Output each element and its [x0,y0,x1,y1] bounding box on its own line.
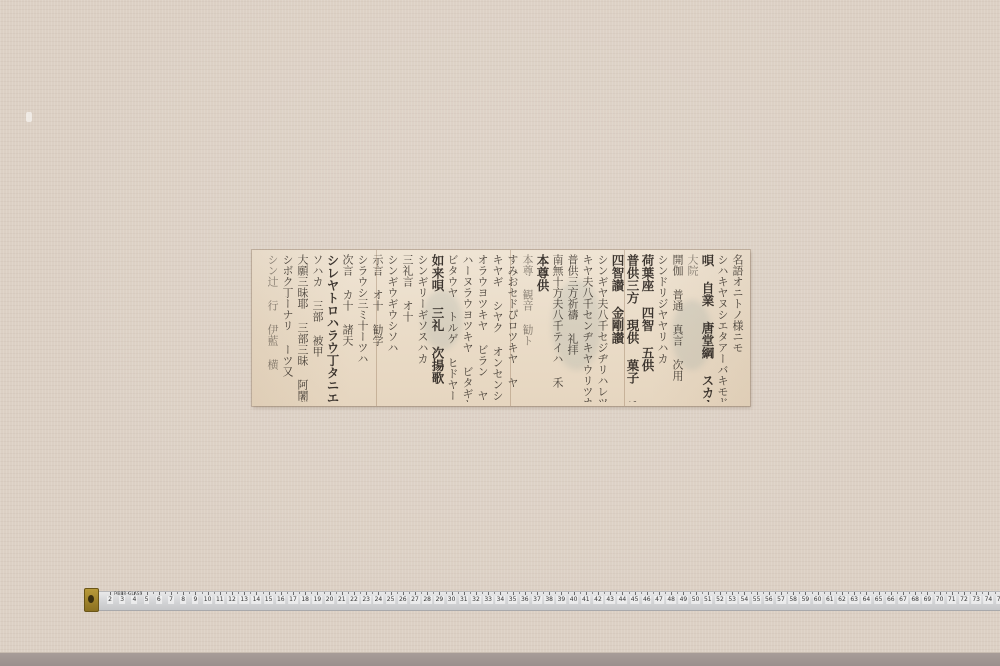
tape-minor-tick [336,592,337,594]
tape-cm-label: 46 [642,596,652,604]
tape-cm-label: 12 [227,596,237,604]
text-column: シラウシ三ミ十ーツハ [354,254,369,402]
tape-minor-tick [226,592,227,594]
text-column: キヤギ シヤク オンセンシヨウ本 [489,254,504,402]
tape-cm-label: 6 [156,596,162,604]
tape-tick [574,592,575,595]
tape-cm-label: 43 [605,596,615,604]
tape-minor-tick [409,592,410,594]
table-edge [0,652,1000,666]
tape-minor-tick [287,592,288,594]
text-column: シンギウギウシソハ [384,254,399,402]
text-column: 次言 カ十 諸天 [339,254,354,402]
tape-minor-tick [629,592,630,594]
tape-tick [854,592,855,595]
tape-cm-label: 70 [935,596,945,604]
tape-tick [708,592,709,595]
tape-minor-tick [458,592,459,594]
tape-minor-tick [519,592,520,594]
tape-tick [525,592,526,595]
text-column: シンギリーギソスハカ [414,254,429,402]
tape-minor-tick [909,592,910,594]
text-column: シンドリジヤヤリハカ [654,254,669,402]
tape-tick [866,592,867,595]
tape-cm-label: 34 [496,596,506,604]
text-column: オラウヨツキヤ ビラン ヤラウヨ [474,254,489,402]
tape-minor-tick [433,592,434,594]
tape-tick [439,592,440,595]
tape-tick [269,592,270,595]
tape-minor-tick [763,592,764,594]
tape-tick [720,592,721,595]
tape-cm-label: 42 [593,596,603,604]
tape-tick [622,592,623,595]
tape-cm-label: 8 [180,596,186,604]
tape-cm-label: 10 [203,596,213,604]
tape-cm-label: 74 [984,596,994,604]
tape-cm-label: 24 [374,596,384,604]
tape-minor-tick [543,592,544,594]
tape-tick [366,592,367,595]
text-column: シハキヤヌシエタアーバキモドキウ [714,254,729,402]
tape-cm-label: 56 [764,596,774,604]
text-column: 四智讃 金剛讃 [609,254,624,402]
tape-tick [232,592,233,595]
tape-tick [549,592,550,595]
tape-cm-label: 27 [410,596,420,604]
tape-minor-tick [421,592,422,594]
tape-cm-label: 21 [337,596,347,604]
tape-cm-label: 67 [898,596,908,604]
tape-tick [805,592,806,595]
tape-cm-label: 17 [288,596,298,604]
tape-cm-label: 69 [923,596,933,604]
tape-minor-tick [921,592,922,594]
tape-tick [818,592,819,595]
tape-minor-tick [836,592,837,594]
tape-cm-label: 29 [435,596,445,604]
tape-minor-tick [860,592,861,594]
tape-minor-tick [958,592,959,594]
tape-tick [903,592,904,595]
text-column: 唄 自業 唐堂綱 スカカ [699,254,714,402]
tape-minor-tick [848,592,849,594]
tape-tick [940,592,941,595]
tape-cm-label: 20 [325,596,335,604]
tape-minor-tick [995,592,996,594]
tape-cm-label: 49 [679,596,689,604]
tape-minor-tick [348,592,349,594]
tape-tick [952,592,953,595]
tape-minor-tick [507,592,508,594]
tape-cm-label: 39 [557,596,567,604]
tape-minor-tick [897,592,898,594]
tape-tick [220,592,221,595]
tape-minor-tick [263,592,264,594]
tape-minor-tick [568,592,569,594]
tape-cm-label: 28 [422,596,432,604]
text-column: 名語オニトノ様ニモ [729,254,744,402]
tape-cm-label: 15 [264,596,274,604]
tape-tick [147,592,148,595]
tape-cm-label: 63 [849,596,859,604]
tape-tick [598,592,599,595]
tape-minor-tick [982,592,983,594]
tape-cm-label: 25 [386,596,396,604]
measuring-tape: 2345678910111213141516171819202122232425… [84,591,1000,611]
tape-tick [305,592,306,595]
tape-cm-label: 72 [959,596,969,604]
tape-minor-tick [787,592,788,594]
tape-cm-label: 13 [239,596,249,604]
tape-tick [964,592,965,595]
tape-cm-label: 19 [313,596,323,604]
tape-minor-tick [738,592,739,594]
tape-minor-tick [946,592,947,594]
tape-minor-tick [726,592,727,594]
tape-cm-label: 71 [947,596,957,604]
tape-minor-tick [824,592,825,594]
tape-tick [391,592,392,595]
tape-tick [879,592,880,595]
text-column: 普供三方祈禱 礼拝 [564,254,579,402]
tape-cm-label: 73 [971,596,981,604]
tape-cm-label: 11 [215,596,225,604]
tape-minor-tick [165,592,166,594]
tape-minor-tick [397,592,398,594]
tape-tick [915,592,916,595]
tape-cm-label: 48 [666,596,676,604]
text-column: 本尊供 [534,254,549,402]
text-column: 本尊 観音 勧ト [519,254,534,402]
tape-tick [537,592,538,595]
tape-cm-label: 45 [630,596,640,604]
tape-tick [452,592,453,595]
tape-minor-tick [555,592,556,594]
tape-tick [244,592,245,595]
tape-cm-label: 68 [910,596,920,604]
tape-minor-tick [970,592,971,594]
tape-cm-label: 57 [776,596,786,604]
text-column: 示言 オ十 勧学 [369,254,384,402]
text-column: 三礼言 オ十 [399,254,414,402]
tape-tick [744,592,745,595]
text-column: シン辻 行 伊藍 横 [264,254,279,402]
tape-tick [171,592,172,595]
tape-cm-label: 30 [447,596,457,604]
tape-tick [354,592,355,595]
tape-tick [561,592,562,595]
text-column: 開伽 普通 真言 次用 [669,254,684,402]
tape-cm-label: 35 [508,596,518,604]
tape-scale: 2345678910111213141516171819202122232425… [84,592,1000,610]
tape-minor-tick [690,592,691,594]
tape-minor-tick [702,592,703,594]
text-columns: 名語オニトノ様ニモシハキヤヌシエタアーバキモドキウ唄 自業 唐堂綱 スカカ大院開… [258,254,744,402]
tape-minor-tick [665,592,666,594]
tape-cm-label: 18 [300,596,310,604]
tape-cm-label: 52 [715,596,725,604]
tape-minor-tick [372,592,373,594]
tape-tick [830,592,831,595]
tape-minor-tick [153,592,154,594]
text-column: 荷葉座 四智 五供 [639,254,654,402]
tape-cm-label: 38 [544,596,554,604]
tape-cm-label: 75 [996,596,1000,604]
tape-minor-tick [360,592,361,594]
handwritten-document: 名語オニトノ様ニモシハキヤヌシエタアーバキモドキウ唄 自業 唐堂綱 スカカ大院開… [252,250,750,406]
tape-tick [476,592,477,595]
text-column: 南無十方夫八千テイハ 禾 [549,254,564,402]
tape-cm-label: 59 [801,596,811,604]
tape-end-hook [84,588,99,612]
text-column: キヤ夫八千センヂキヤウリツカ [579,254,594,402]
tape-tick [988,592,989,595]
tape-tick [342,592,343,595]
tape-cm-label: 54 [740,596,750,604]
tape-tick [769,592,770,595]
tape-cm-label: 65 [874,596,884,604]
tape-brand-label: FIBER-GLASS [114,591,142,596]
tape-minor-tick [470,592,471,594]
text-column: 普供三方 現供 菓子 スシ 両剣 [624,254,639,402]
tape-minor-tick [531,592,532,594]
tape-cm-label: 2 [107,596,113,604]
tape-cm-label: 33 [483,596,493,604]
tape-tick [208,592,209,595]
tape-tick [378,592,379,595]
tape-cm-label: 7 [168,596,174,604]
tape-tick [415,592,416,595]
tape-tick [793,592,794,595]
tape-cm-label: 9 [192,596,198,604]
tape-tick [635,592,636,595]
tape-tick [513,592,514,595]
tape-minor-tick [494,592,495,594]
text-column: 如来唄 三礼 次揚歌 [429,254,444,402]
tape-cm-label: 60 [813,596,823,604]
tape-cm-label: 31 [459,596,469,604]
tape-minor-tick [812,592,813,594]
tape-tick [195,592,196,595]
tape-cm-label: 53 [727,596,737,604]
tape-cm-label: 32 [471,596,481,604]
tape-tick [183,592,184,595]
tape-tick [659,592,660,595]
text-column: シボク丁ーナリ ーツ又 [279,254,294,402]
tape-tick [976,592,977,595]
tape-minor-tick [751,592,752,594]
tape-cm-label: 26 [398,596,408,604]
tape-tick [586,592,587,595]
tape-cm-label: 64 [862,596,872,604]
tape-cm-label: 36 [520,596,530,604]
tape-minor-tick [616,592,617,594]
tape-minor-tick [592,592,593,594]
tape-cm-label: 14 [252,596,262,604]
tape-tick [110,592,111,595]
tape-tick [683,592,684,595]
tape-minor-tick [385,592,386,594]
text-column: 大院 [684,254,699,402]
tape-tick [293,592,294,595]
tape-tick [781,592,782,595]
text-column: ハーヌラウヨツキヤ ビタギトレッチ [459,254,474,402]
tape-tick [464,592,465,595]
tape-cm-label: 22 [349,596,359,604]
tape-minor-tick [653,592,654,594]
tape-cm-label: 40 [569,596,579,604]
tape-tick [256,592,257,595]
tape-cm-label: 47 [654,596,664,604]
tape-minor-tick [885,592,886,594]
text-column: ソハカ 三部 被甲 [309,254,324,402]
tape-cm-label: 58 [788,596,798,604]
tape-minor-tick [250,592,251,594]
tape-minor-tick [275,592,276,594]
tape-cm-label: 4 [131,596,137,604]
tape-cm-label: 37 [532,596,542,604]
tape-minor-tick [177,592,178,594]
tape-cm-label: 16 [276,596,286,604]
tape-cm-label: 55 [752,596,762,604]
tape-minor-tick [873,592,874,594]
tape-tick [488,592,489,595]
tape-minor-tick [604,592,605,594]
tape-cm-label: 3 [119,596,125,604]
tape-minor-tick [714,592,715,594]
tape-tick [317,592,318,595]
tape-cm-label: 51 [703,596,713,604]
tape-cm-label: 44 [618,596,628,604]
tape-minor-tick [934,592,935,594]
tape-tick [610,592,611,595]
tape-tick [159,592,160,595]
tape-minor-tick [775,592,776,594]
tape-cm-label: 41 [581,596,591,604]
tape-cm-label: 23 [361,596,371,604]
tape-minor-tick [324,592,325,594]
tape-minor-tick [311,592,312,594]
tape-minor-tick [482,592,483,594]
tape-cm-label: 62 [837,596,847,604]
tape-tick [757,592,758,595]
tape-tick [427,592,428,595]
tape-cm-label: 5 [144,596,150,604]
tape-cm-label: 66 [886,596,896,604]
tape-tick [500,592,501,595]
tape-minor-tick [299,592,300,594]
text-column: すみおセドぴロツキヤ ヤ ドレツ十ガ [504,254,519,402]
tape-minor-tick [580,592,581,594]
text-column: ビタウヤ トルゲ ヒドヤーウラウ [444,254,459,402]
tape-tick [671,592,672,595]
tape-minor-tick [238,592,239,594]
tape-tick [330,592,331,595]
tape-cm-label: 61 [825,596,835,604]
tape-cm-label: 50 [691,596,701,604]
tape-tick [891,592,892,595]
tape-tick [281,592,282,595]
tape-minor-tick [446,592,447,594]
tape-tick [732,592,733,595]
tape-tick [647,592,648,595]
tape-minor-tick [641,592,642,594]
tape-minor-tick [189,592,190,594]
tape-minor-tick [799,592,800,594]
tape-tick [403,592,404,595]
tape-minor-tick [677,592,678,594]
backing-blemish [26,112,32,122]
tape-minor-tick [214,592,215,594]
tape-tick [842,592,843,595]
tape-minor-tick [202,592,203,594]
text-column: シンギヤ夫八千セジヂリハレツ十一方 [594,254,609,402]
text-column: 大願三昧耶 三部三昧 阿闍梨 [294,254,309,402]
text-column: シレヤトロハラウ丁タニエイ [324,254,339,402]
tape-tick [927,592,928,595]
tape-tick [696,592,697,595]
